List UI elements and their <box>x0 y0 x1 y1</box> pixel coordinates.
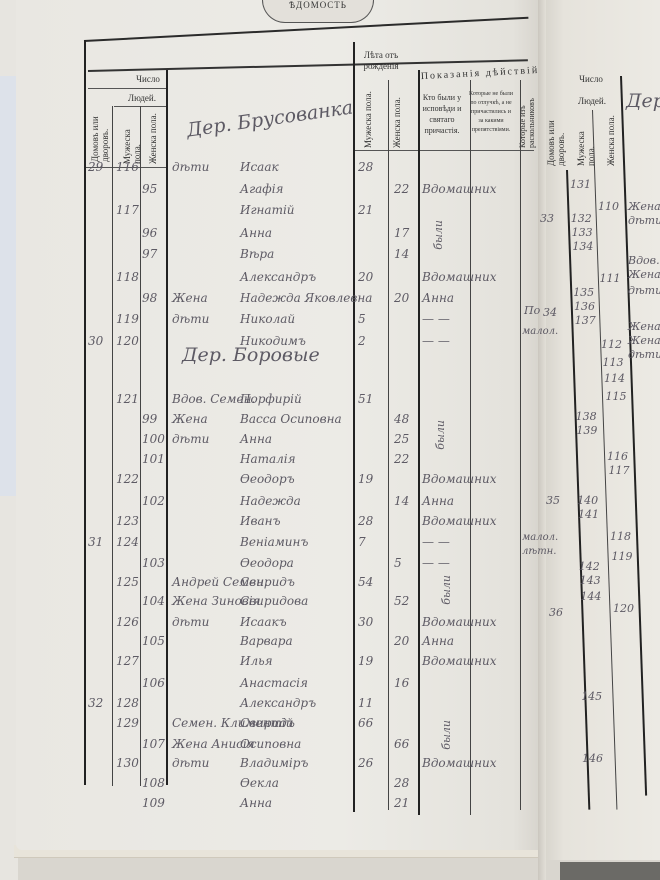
right-relation: Жена <box>628 334 660 347</box>
right-female-number: 118 <box>610 530 631 543</box>
person-name: Васса Осиповна <box>240 412 342 426</box>
age-male: 2 <box>358 334 366 348</box>
confession-note: Вдомашних <box>422 182 497 196</box>
right-female-number: 119 <box>612 550 633 563</box>
right-male-number: 133 <box>572 226 593 239</box>
person-name: Надежда Яковлевна <box>240 291 372 305</box>
male-number: 129 <box>116 716 139 730</box>
female-number: 98 <box>142 291 157 305</box>
dvor-number: 29 <box>88 160 103 174</box>
right-female-number: 117 <box>609 464 630 477</box>
person-name: Свиридъ <box>240 716 295 730</box>
right-male-number: 136 <box>574 300 595 313</box>
person-name: Свиридова <box>240 594 308 608</box>
relation: Жена <box>172 291 208 305</box>
vertical-note: были <box>432 220 445 250</box>
age-female: 21 <box>394 796 409 810</box>
age-female: 14 <box>394 494 409 508</box>
age-female: 14 <box>394 247 409 261</box>
vertical-note: были <box>434 420 447 450</box>
female-number: 103 <box>142 556 165 570</box>
confession-note: Анна <box>422 494 454 508</box>
book-gutter <box>538 0 546 880</box>
header-rule <box>114 106 168 107</box>
right-header-chislo: Число <box>566 74 616 84</box>
age-female: 48 <box>394 412 409 426</box>
right-relation: Жена <box>628 268 660 281</box>
person-name: Николай <box>240 312 295 326</box>
right-male-number: 141 <box>578 508 599 521</box>
right-male-number: 135 <box>573 286 594 299</box>
vertical-note: были <box>440 720 453 750</box>
right-section-title: Дер. <box>626 90 660 112</box>
person-name: Александръ <box>240 696 316 710</box>
male-number: 122 <box>116 472 139 486</box>
dvor-number: 31 <box>88 535 103 549</box>
male-number: 127 <box>116 654 139 668</box>
right-header-muzh: Мужеска пола. <box>576 110 588 166</box>
col-rule <box>112 106 113 786</box>
age-female: 22 <box>394 452 409 466</box>
header-muzh: Мужеска пола. <box>122 108 134 164</box>
person-name: Веніаминъ <box>240 535 308 549</box>
age-male: 21 <box>358 203 373 217</box>
female-number: 108 <box>142 776 165 790</box>
female-number: 97 <box>142 247 157 261</box>
female-number: 100 <box>142 432 165 446</box>
right-female-number: 120 <box>613 602 634 615</box>
female-number: 104 <box>142 594 165 608</box>
age-female: 25 <box>394 432 409 446</box>
right-male-number: 140 <box>577 494 598 507</box>
person-name: Исаакъ <box>240 615 287 629</box>
age-female: 66 <box>394 737 409 751</box>
age-female: 5 <box>394 556 402 570</box>
age-female: 17 <box>394 226 409 240</box>
person-name: Надежда <box>240 494 301 508</box>
female-number: 106 <box>142 676 165 690</box>
header-kto-byli: Кто были у исповѣди и святаго причастія. <box>418 92 466 136</box>
age-male: 19 <box>358 654 373 668</box>
confession-note: Вдомашних <box>422 472 497 486</box>
relation: дѣти <box>172 160 209 174</box>
male-number: 120 <box>116 334 139 348</box>
male-number: 128 <box>116 696 139 710</box>
col-rule <box>140 106 141 786</box>
age-male: 30 <box>358 615 373 629</box>
right-female-number: 114 <box>604 372 625 385</box>
col-rule <box>166 70 168 785</box>
female-number: 105 <box>142 634 165 648</box>
age-male: 66 <box>358 716 373 730</box>
person-name: Ѳекла <box>240 776 279 790</box>
header-leta-zhen: Женска пола. <box>392 86 404 148</box>
header-bottom-rule <box>354 150 534 151</box>
confession-note: Вдомашних <box>422 654 497 668</box>
person-name: Агафія <box>240 182 283 196</box>
male-number: 124 <box>116 535 139 549</box>
relation: Жена <box>172 412 208 426</box>
header-leta-muzh: Мужеска пола. <box>363 86 375 148</box>
male-number: 125 <box>116 575 139 589</box>
age-male: 7 <box>358 535 366 549</box>
person-name: Свиридъ <box>240 575 295 589</box>
person-name: Анастасія <box>240 676 308 690</box>
male-number: 117 <box>116 203 139 217</box>
right-male-number: 146 <box>582 752 603 765</box>
age-male: 5 <box>358 312 366 326</box>
right-male-number: 142 <box>579 560 600 573</box>
age-female: 22 <box>394 182 409 196</box>
age-female: 20 <box>394 291 409 305</box>
right-dvor-number: 33 <box>540 212 554 225</box>
right-female-number: 111 <box>600 272 621 285</box>
person-name: Александръ <box>240 270 316 284</box>
header-kotorye-ne: Которые не были по отлучкѣ, а не причаст… <box>468 90 514 135</box>
right-dvor-number: 34 <box>543 306 557 319</box>
confession-note: — — <box>422 535 450 549</box>
male-number: 123 <box>116 514 139 528</box>
age-male: 28 <box>358 160 373 174</box>
male-number: 126 <box>116 615 139 629</box>
frame-left-rule <box>84 40 86 785</box>
right-female-number: 115 <box>606 390 627 403</box>
col-rule <box>353 42 355 812</box>
col-rule <box>520 80 521 810</box>
age-female: 52 <box>394 594 409 608</box>
confession-note: Вдомашних <box>422 756 497 770</box>
female-number: 102 <box>142 494 165 508</box>
age-male: 28 <box>358 514 373 528</box>
right-dvor-number: 35 <box>546 494 560 507</box>
right-relation: дѣти <box>628 348 660 361</box>
right-male-number: 139 <box>576 424 597 437</box>
person-name: Варвара <box>240 634 293 648</box>
relation: дѣти <box>172 312 209 326</box>
female-number: 99 <box>142 412 157 426</box>
male-number: 121 <box>116 392 139 406</box>
right-relation: Жена <box>628 320 660 333</box>
confession-note: — — <box>422 334 450 348</box>
age-male: 11 <box>358 696 373 710</box>
age-male: 54 <box>358 575 373 589</box>
right-header-lyudey: Людей. <box>572 96 612 106</box>
right-relation: Вдов. <box>628 254 660 267</box>
right-male-number: 131 <box>570 178 591 191</box>
col-rule <box>388 80 389 810</box>
right-female-number: 110 <box>598 200 619 213</box>
right-male-number: 137 <box>575 314 596 327</box>
header-dvorov: Домовъ или дворовъ. <box>90 106 112 162</box>
female-number: 95 <box>142 182 157 196</box>
person-name: Анна <box>240 226 272 240</box>
person-name: Анна <box>240 432 272 446</box>
right-relation: дѣти <box>628 284 660 297</box>
age-male: 19 <box>358 472 373 486</box>
header-zhen: Женска пола. <box>148 108 160 164</box>
dvor-number: 32 <box>88 696 103 710</box>
person-name: Владиміръ <box>240 756 308 770</box>
person-name: Игнатій <box>240 203 295 217</box>
female-number: 109 <box>142 796 165 810</box>
right-male-number: 132 <box>571 212 592 225</box>
confession-note: Анна <box>422 291 454 305</box>
note-letn: лѣтн. <box>522 546 556 557</box>
right-header-dvorov: Домовъ или дворовъ. <box>546 106 560 166</box>
note-malol: малол. <box>522 326 558 337</box>
female-number: 101 <box>142 452 165 466</box>
confession-note: Вдомашних <box>422 270 497 284</box>
confession-note: Вдомашних <box>422 514 497 528</box>
age-female: 20 <box>394 634 409 648</box>
age-male: 26 <box>358 756 373 770</box>
person-name: Наталія <box>240 452 296 466</box>
right-male-number: 134 <box>572 240 593 253</box>
note-malol: малол. <box>522 532 558 543</box>
person-name: Порфирій <box>240 392 302 406</box>
table-surface <box>560 862 660 880</box>
right-male-number: 145 <box>581 690 602 703</box>
right-male-number: 144 <box>580 590 601 603</box>
note-po: По <box>524 304 540 317</box>
vertical-note: были <box>440 575 453 605</box>
dvor-number: 30 <box>88 334 103 348</box>
age-male: 20 <box>358 270 373 284</box>
right-relation: Жена <box>628 200 660 213</box>
relation: дѣти <box>172 615 209 629</box>
imperial-emblem: ѢДОМОСТЬ <box>262 0 374 23</box>
right-dvor-number: 36 <box>549 606 563 619</box>
right-header-zhen: Женска пола. <box>606 110 618 166</box>
age-female: 16 <box>394 676 409 690</box>
col-rule <box>418 70 420 815</box>
header-chislo: Число <box>118 74 178 84</box>
right-female-number: 112 <box>601 338 622 351</box>
desk-paper-underlay <box>0 76 16 496</box>
relation: дѣти <box>172 756 209 770</box>
male-number: 116 <box>116 160 139 174</box>
female-number: 96 <box>142 226 157 240</box>
right-male-number: 138 <box>576 410 597 423</box>
confession-note: — — <box>422 312 450 326</box>
header-rule <box>88 88 168 89</box>
confession-note: Вдомашних <box>422 615 497 629</box>
male-number: 130 <box>116 756 139 770</box>
age-male: 51 <box>358 392 373 406</box>
right-female-number: 113 <box>603 356 624 369</box>
person-name: Ѳеодора <box>240 556 294 570</box>
relation: дѣти <box>172 432 209 446</box>
confession-note: — — <box>422 556 450 570</box>
right-relation: дѣти <box>628 214 660 227</box>
person-name: Вѣра <box>240 247 274 261</box>
person-name: Никодимъ <box>240 334 306 348</box>
person-name: Исаак <box>240 160 279 174</box>
person-name: Илья <box>240 654 273 668</box>
male-number: 119 <box>116 312 139 326</box>
person-name: Иванъ <box>240 514 281 528</box>
female-number: 107 <box>142 737 165 751</box>
header-leta: Лѣта отъ рожденія <box>356 50 406 72</box>
age-female: 28 <box>394 776 409 790</box>
header-lyudey: Людей. <box>122 93 162 103</box>
right-female-number: 116 <box>607 450 628 463</box>
confession-note: Анна <box>422 634 454 648</box>
person-name: Осиповна <box>240 737 301 751</box>
right-male-number: 143 <box>580 574 601 587</box>
male-number: 118 <box>116 270 139 284</box>
person-name: Анна <box>240 796 272 810</box>
person-name: Ѳеодоръ <box>240 472 295 486</box>
